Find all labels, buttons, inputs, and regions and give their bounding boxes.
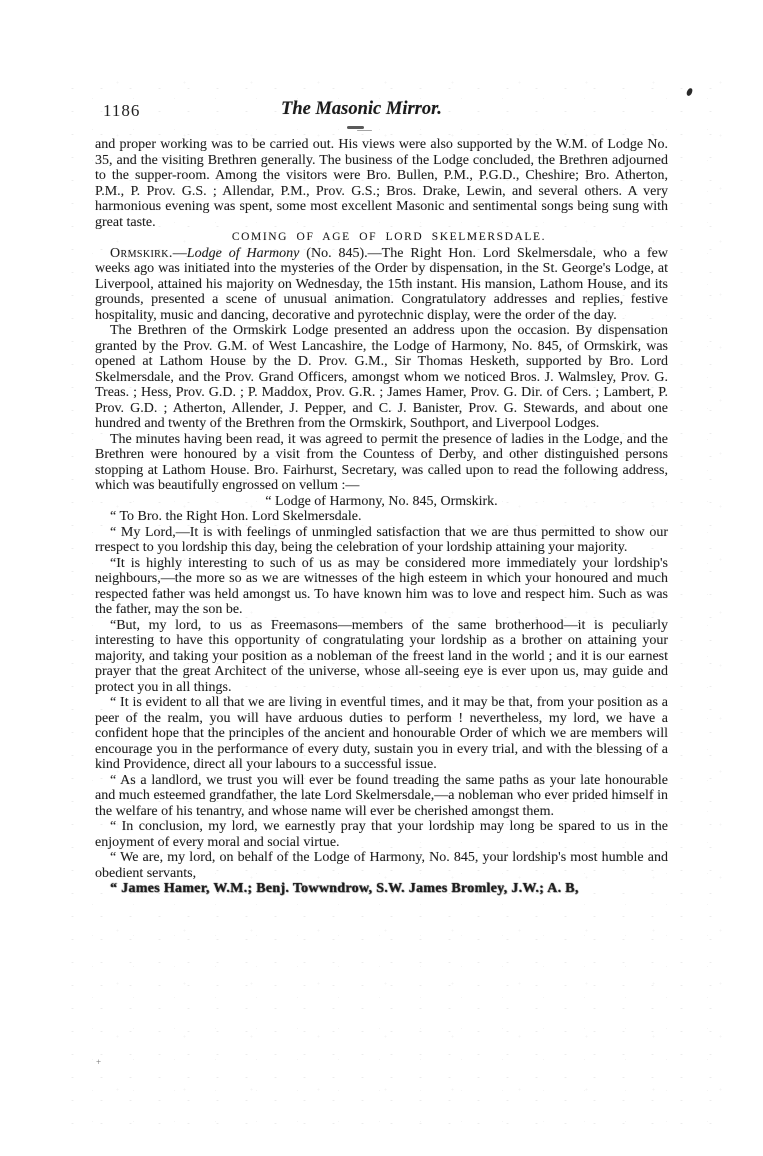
running-head: 1186 The Masonic Mirror. xyxy=(95,99,668,125)
address-paragraph: “But, my lord, to us as Freemasons—membe… xyxy=(95,618,668,696)
scanned-document-page: 1186 The Masonic Mirror. + and proper wo… xyxy=(0,0,763,1156)
address-paragraph: “ My Lord,—It is with feelings of unming… xyxy=(95,525,668,556)
plus-mark-artifact: + xyxy=(96,1057,101,1067)
ormskirk-dash: — xyxy=(173,246,187,261)
paragraph-brethren: The Brethren of the Ormskirk Lodge prese… xyxy=(95,323,668,432)
decorative-dash-artifact xyxy=(347,126,364,129)
address-paragraph: “It is highly interesting to such of us … xyxy=(95,556,668,618)
address-paragraph: “ It is evident to all that we are livin… xyxy=(95,695,668,773)
address-heading-line: “ Lodge of Harmony, No. 845, Ormskirk. xyxy=(95,494,668,510)
address-salutation: “ To Bro. the Right Hon. Lord Skelmersda… xyxy=(95,509,668,525)
lodge-name-italic: Lodge of Harmony xyxy=(187,246,300,261)
article-body: and proper working was to be carried out… xyxy=(95,137,668,897)
ormskirk-dateline: Ormskirk. xyxy=(110,246,173,261)
address-signatures: “ James Hamer, W.M.; Benj. Towwndrow, S.… xyxy=(95,881,668,897)
paragraph-continuation: and proper working was to be carried out… xyxy=(95,137,668,230)
section-heading: COMING OF AGE OF LORD SKELMERSDALE. xyxy=(95,230,668,246)
address-paragraph: “ As a landlord, we trust you will ever … xyxy=(95,773,668,820)
address-paragraph: “ We are, my lord, on behalf of the Lodg… xyxy=(95,850,668,881)
address-paragraph: “ In conclusion, my lord, we earnestly p… xyxy=(95,819,668,850)
journal-title: The Masonic Mirror. xyxy=(95,99,628,120)
paragraph-minutes: The minutes having been read, it was agr… xyxy=(95,432,668,494)
ink-speck-artifact xyxy=(686,87,693,96)
paragraph-ormskirk: Ormskirk.—Lodge of Harmony (No. 845).—Th… xyxy=(95,246,668,324)
